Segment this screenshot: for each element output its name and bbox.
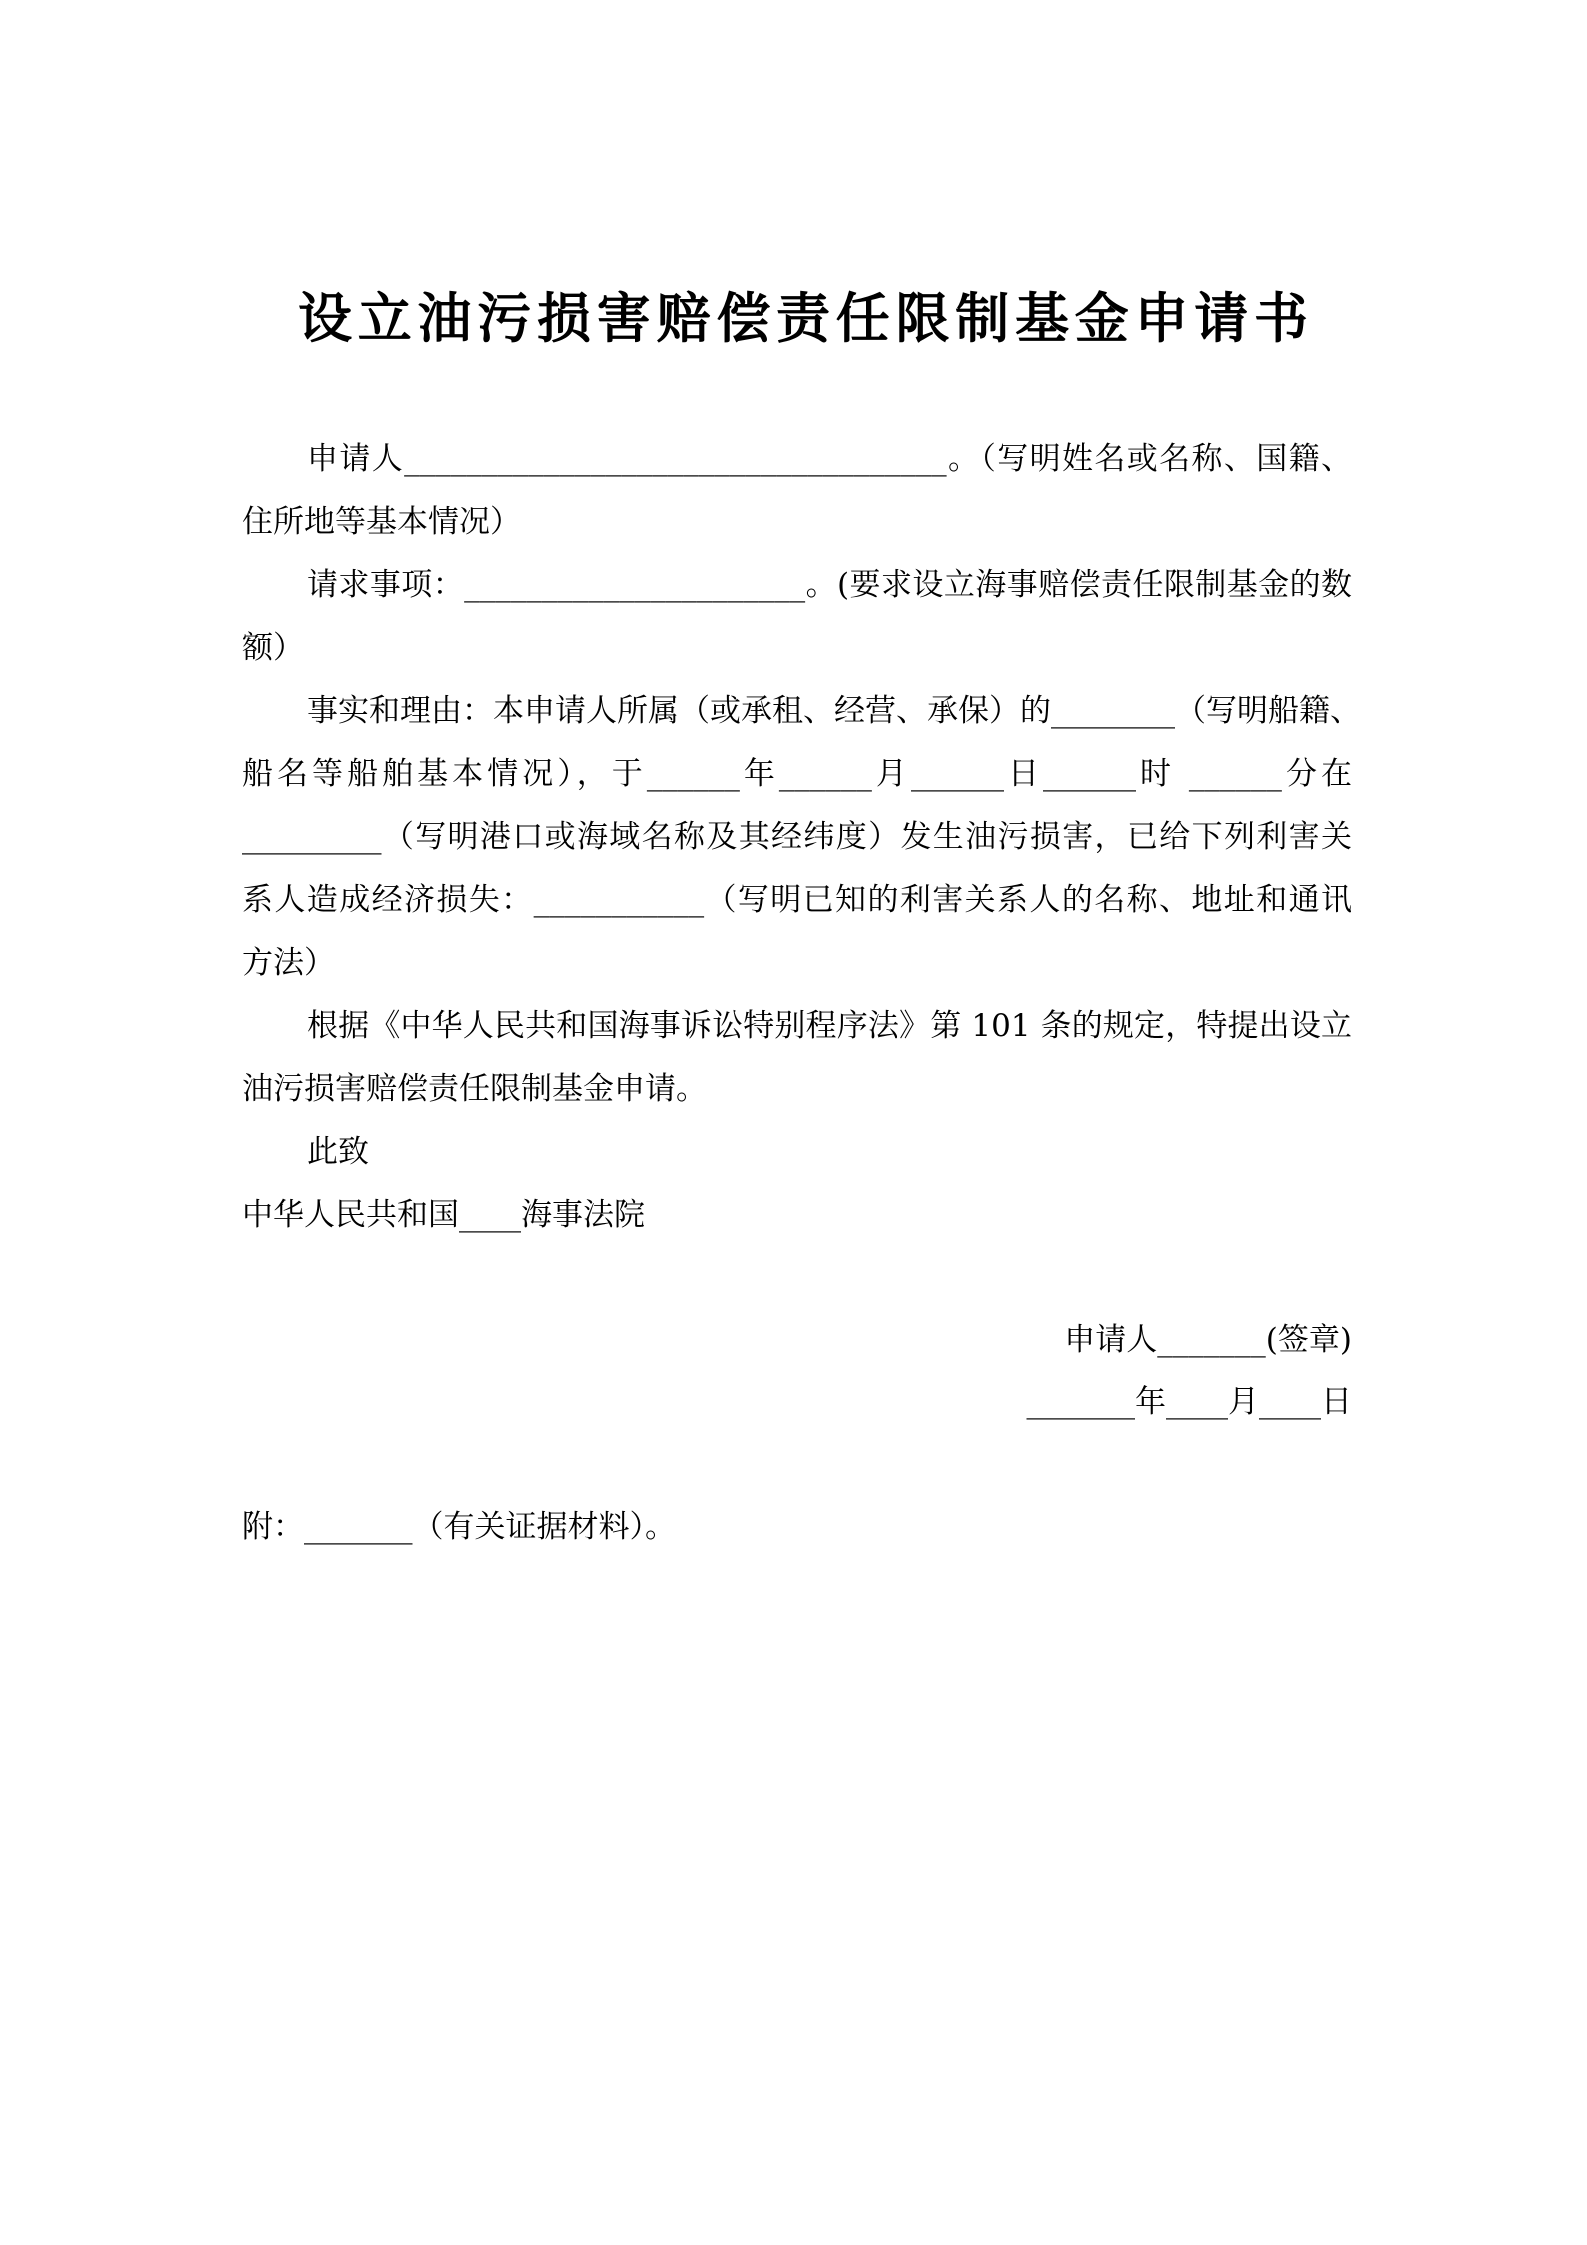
signature-date: _______年____月____日 [1027, 1380, 1353, 1424]
basis-line-2: 油污损害赔偿责任限制基金申请。 [242, 1067, 707, 1111]
applicant-line: 申请人___________________________________。（… [307, 437, 1352, 481]
applicant-line-cont: 住所地等基本情况） [242, 500, 521, 544]
signature-applicant: 申请人_______(签章) [1064, 1318, 1352, 1362]
facts-line-5: 方法） [242, 941, 335, 985]
document-page: 设立油污损害赔偿责任限制基金申请书 申请人___________________… [0, 0, 1587, 2245]
facts-line-2: 船名等船舶基本情况），于______年______月______日______时… [242, 752, 1352, 796]
basis-line-1: 根据《中华人民共和国海事诉讼特别程序法》第 101 条的规定，特提出设立 [307, 1004, 1352, 1048]
court-name: 中华人民共和国____海事法院 [242, 1193, 645, 1237]
facts-line-3: _________（写明港口或海域名称及其经纬度）发生油污损害，已给下列利害关 [242, 815, 1352, 859]
facts-line-4: 系人造成经济损失：___________（写明已知的利害关系人的名称、地址和通讯 [242, 878, 1352, 922]
request-line-cont: 额） [242, 626, 304, 670]
attachment-line: 附：_______（有关证据材料）。 [242, 1505, 676, 1549]
facts-line-1: 事实和理由：本申请人所属（或承租、经营、承保）的________（写明船籍、 [307, 689, 1352, 733]
request-line: 请求事项：______________________。(要求设立海事赔偿责任限… [307, 563, 1352, 607]
salutation: 此致 [307, 1130, 369, 1174]
document-title: 设立油污损害赔偿责任限制基金申请书 [298, 282, 1308, 354]
